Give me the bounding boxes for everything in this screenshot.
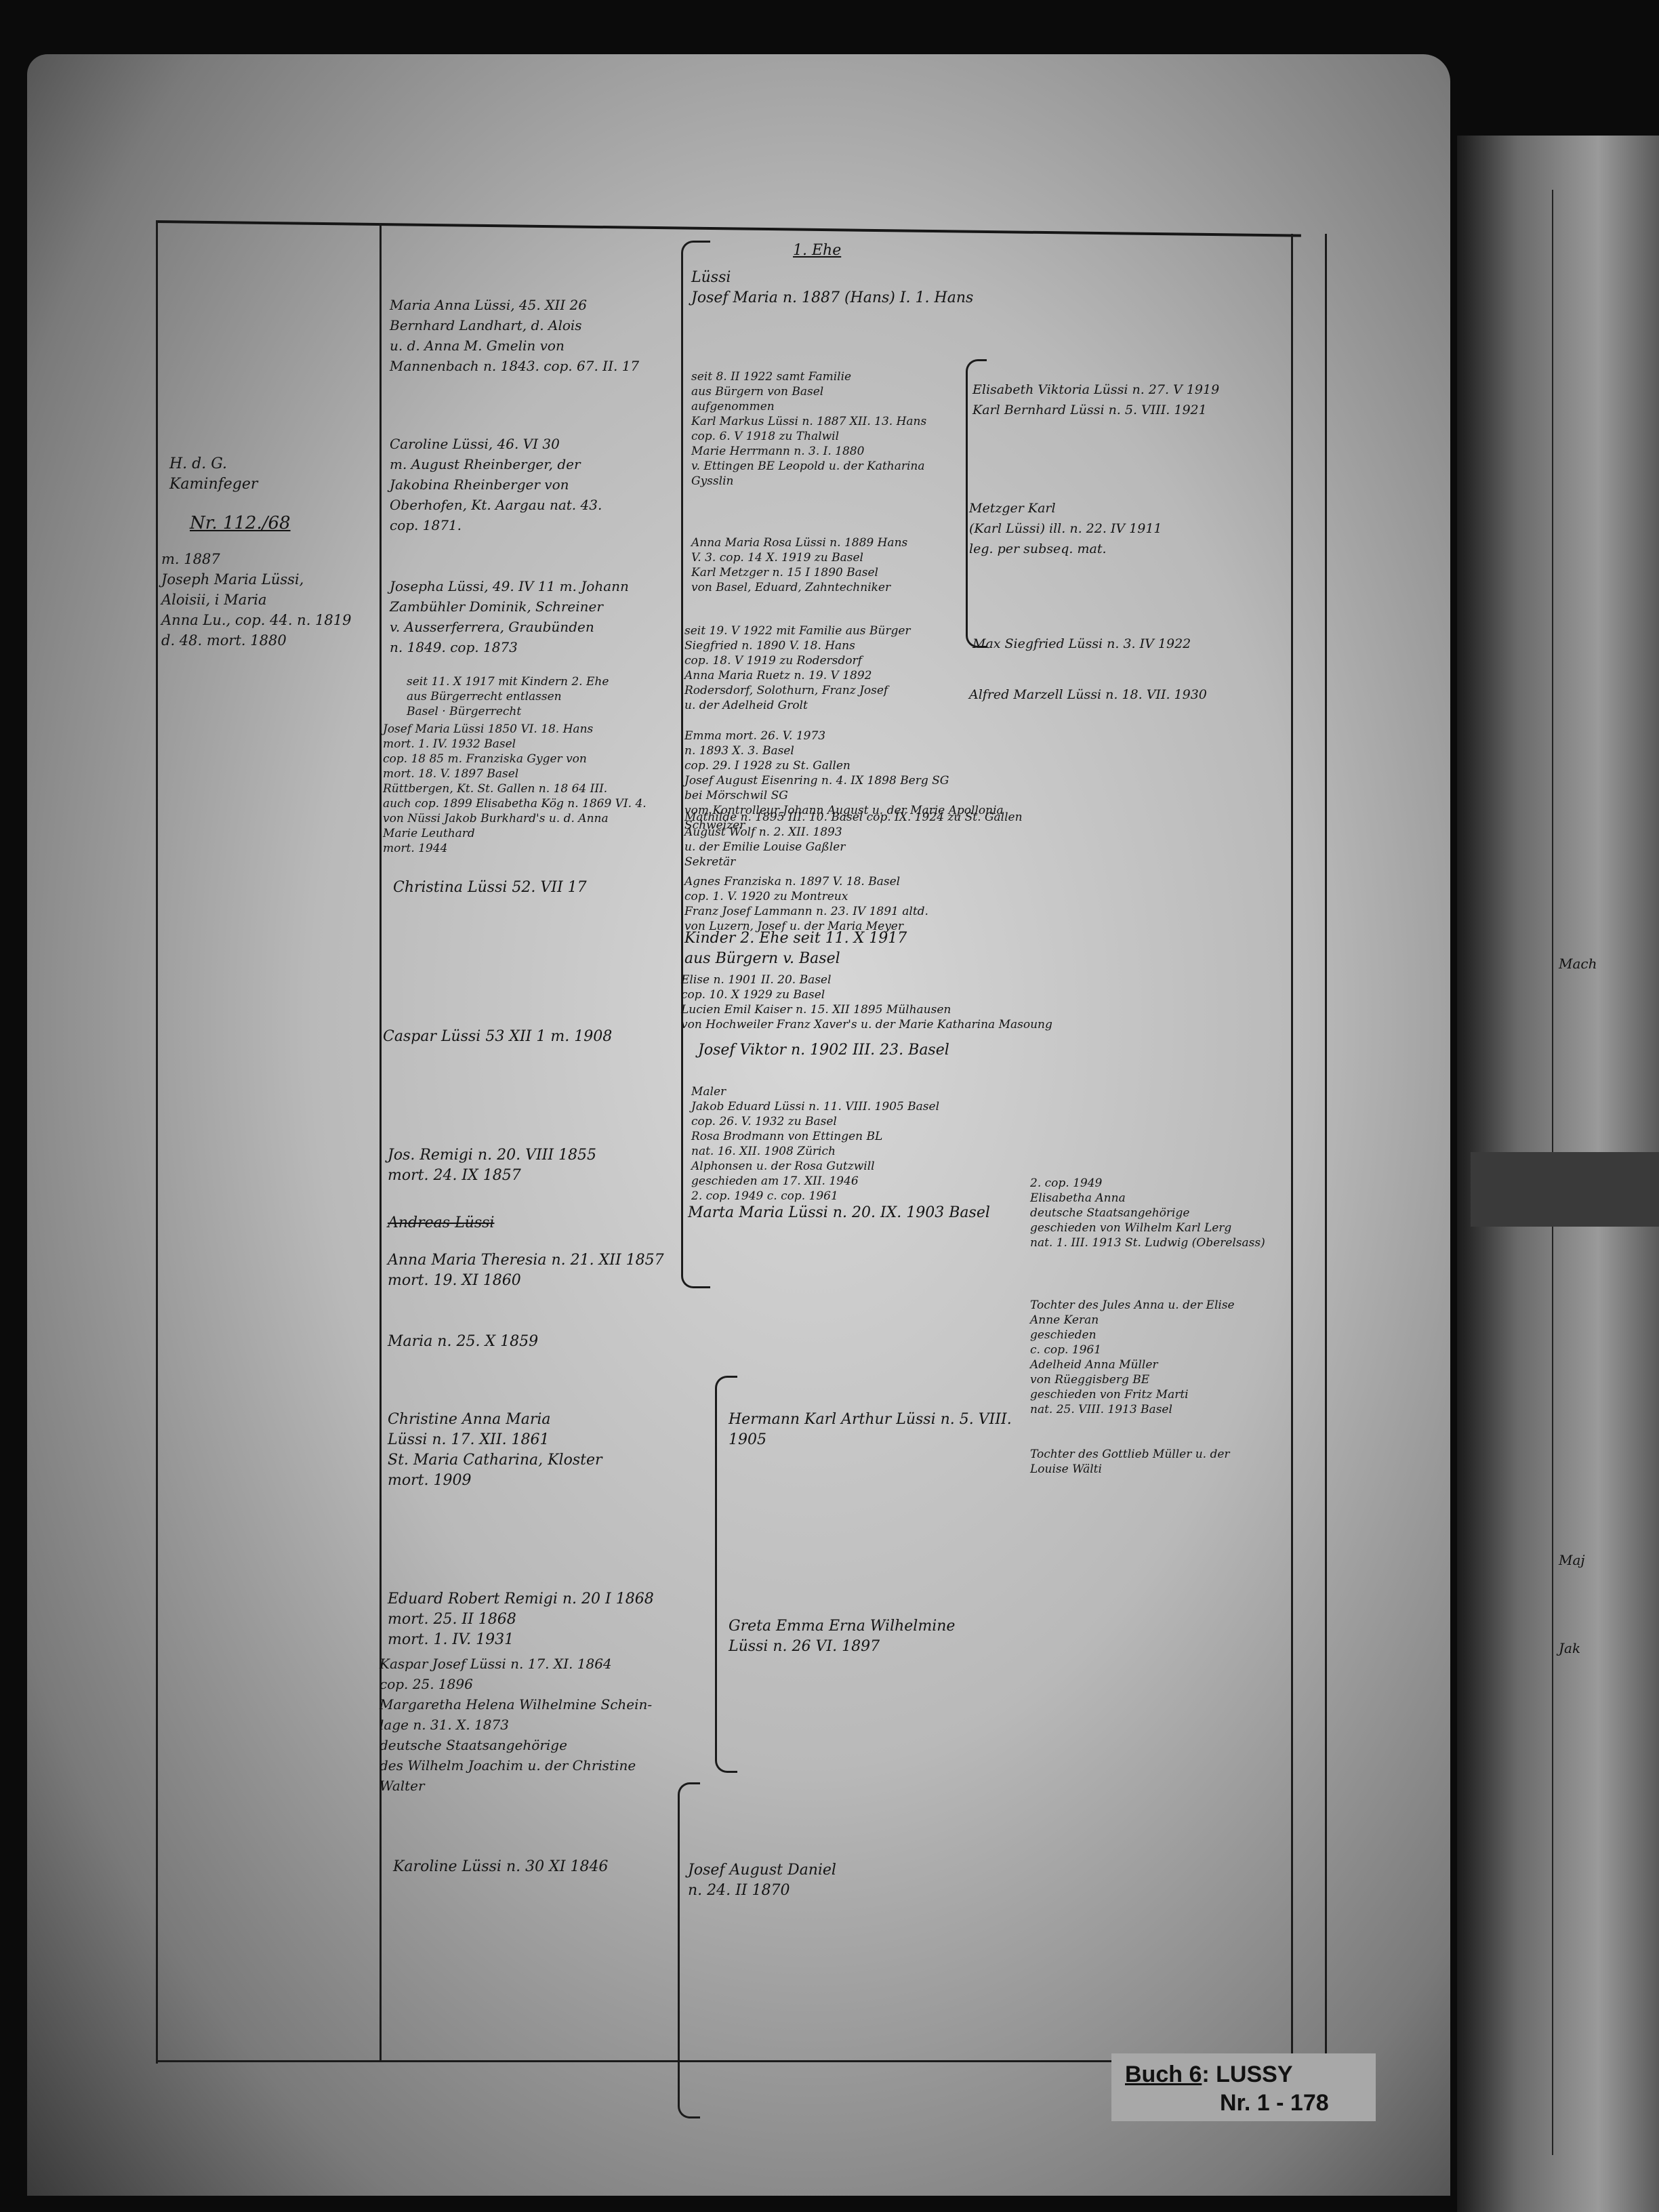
child-entry: Caroline Lüssi, 46. VI 30 m. August Rhei… bbox=[390, 434, 681, 535]
spouse-note: 2. cop. 1949 Elisabetha Anna deutsche St… bbox=[1030, 1176, 1294, 1250]
frame-right-rule bbox=[1325, 234, 1327, 2064]
citizenship-note: seit 11. X 1917 mit Kindern 2. Ehe aus B… bbox=[407, 674, 678, 719]
family-bracket bbox=[678, 1782, 700, 2118]
child-entry-struck: Andreas Lüssi bbox=[388, 1213, 679, 1233]
occupation-note: H. d. G. Kaminfeger bbox=[169, 454, 373, 495]
spouse-note: Tochter des Jules Anna u. der Elise Anne… bbox=[1030, 1298, 1294, 1417]
child-entry: Josef Maria Lüssi 1850 VI. 18. Hans mort… bbox=[383, 722, 681, 856]
facing-fragment: Jak bbox=[1559, 1640, 1580, 1656]
grandchild-entry: Josef Viktor n. 1902 III. 23. Basel bbox=[698, 1040, 1010, 1061]
grandchild-entry: Agnes Franziska n. 1897 V. 18. Basel cop… bbox=[684, 874, 1003, 934]
grandchild-entry: Maler Jakob Eduard Lüssi n. 11. VIII. 19… bbox=[691, 1084, 1017, 1204]
great-grandchild-entry: Metzger Karl (Karl Lüssi) ill. n. 22. IV… bbox=[969, 498, 1288, 559]
child-entry: Eduard Robert Remigi n. 20 I 1868 mort. … bbox=[388, 1589, 699, 1650]
grandchild-entry: seit 19. V 1922 mit Familie aus Bürger S… bbox=[684, 623, 976, 713]
grandchild-entry: Josef August Daniel n. 24. II 1870 bbox=[688, 1860, 972, 1901]
grandchild-entry: Lüssi Josef Maria n. 1887 (Hans) I. 1. H… bbox=[691, 268, 983, 308]
child-entry: Anna Maria Theresia n. 21. XII 1857 mort… bbox=[388, 1250, 686, 1291]
child-entry: Maria Anna Lüssi, 45. XII 26 Bernhard La… bbox=[390, 295, 681, 376]
tab-marker bbox=[1471, 1152, 1659, 1227]
grandchild-entry: Hermann Karl Arthur Lüssi n. 5. VIII. 19… bbox=[729, 1410, 1040, 1450]
great-grandchild-entry: Max Siegfried Lüssi n. 3. IV 1922 bbox=[972, 634, 1291, 654]
grandchild-entry: Elise n. 1901 II. 20. Basel cop. 10. X 1… bbox=[681, 972, 1061, 1032]
spouse-note: Tochter des Gottlieb Müller u. der Louis… bbox=[1030, 1447, 1294, 1477]
facing-fragment: Maj bbox=[1559, 1552, 1585, 1568]
child-entry: Jos. Remigi n. 20. VIII 1855 mort. 24. I… bbox=[388, 1145, 679, 1186]
frame-left-rule bbox=[156, 220, 158, 2064]
child-entry: Maria n. 25. X 1859 bbox=[388, 1332, 679, 1352]
facing-fragment: Mach bbox=[1559, 956, 1597, 972]
archive-label: Buch 6: LUSSY Nr. 1 - 178 bbox=[1111, 2053, 1376, 2121]
marriage-header: 1. Ehe bbox=[793, 241, 874, 261]
head-of-family-entry: m. 1887 Joseph Maria Lüssi, Aloisii, i M… bbox=[161, 549, 378, 651]
child-entry: Karoline Lüssi n. 30 XI 1846 bbox=[393, 1857, 684, 1877]
child-entry: Caspar Lüssi 53 XII 1 m. 1908 bbox=[383, 1027, 674, 1047]
label-separator: : bbox=[1202, 2062, 1209, 2087]
family-name: LUSSY bbox=[1216, 2062, 1292, 2087]
grandchild-entry: Anna Maria Rosa Lüssi n. 1889 Hans V. 3.… bbox=[691, 535, 976, 595]
second-marriage-children-header: Kinder 2. Ehe seit 11. X 1917 aus Bürger… bbox=[684, 928, 976, 969]
great-grandchild-entry: Elisabeth Viktoria Lüssi n. 27. V 1919 K… bbox=[972, 380, 1291, 420]
grandchild-entry: Marta Maria Lüssi n. 20. IX. 1903 Basel bbox=[688, 1203, 1027, 1223]
book-number: Buch 6 bbox=[1125, 2062, 1202, 2087]
great-grandchild-entry: Alfred Marzell Lüssi n. 18. VII. 1930 bbox=[969, 684, 1288, 705]
child-entry: Christine Anna Maria Lüssi n. 17. XII. 1… bbox=[388, 1410, 686, 1491]
grandchild-entry: seit 8. II 1922 samt Familie aus Bürgern… bbox=[691, 369, 976, 489]
register-number: Nr. 112./68 bbox=[190, 512, 366, 535]
grandchild-entry: Greta Emma Erna Wilhelmine Lüssi n. 26 V… bbox=[729, 1616, 1040, 1657]
child-entry: Josepha Lüssi, 49. IV 11 m. Johann Zambü… bbox=[390, 576, 681, 657]
child-entry: Kaspar Josef Lüssi n. 17. XI. 1864 cop. … bbox=[380, 1654, 691, 1796]
child-entry: Christina Lüssi 52. VII 17 bbox=[393, 878, 678, 898]
entry-range: Nr. 1 - 178 bbox=[1125, 2089, 1362, 2117]
column-divider bbox=[1291, 234, 1293, 2064]
grandchild-entry: Mathilde n. 1895 III. 10. Basel cop. IX.… bbox=[684, 810, 1064, 869]
